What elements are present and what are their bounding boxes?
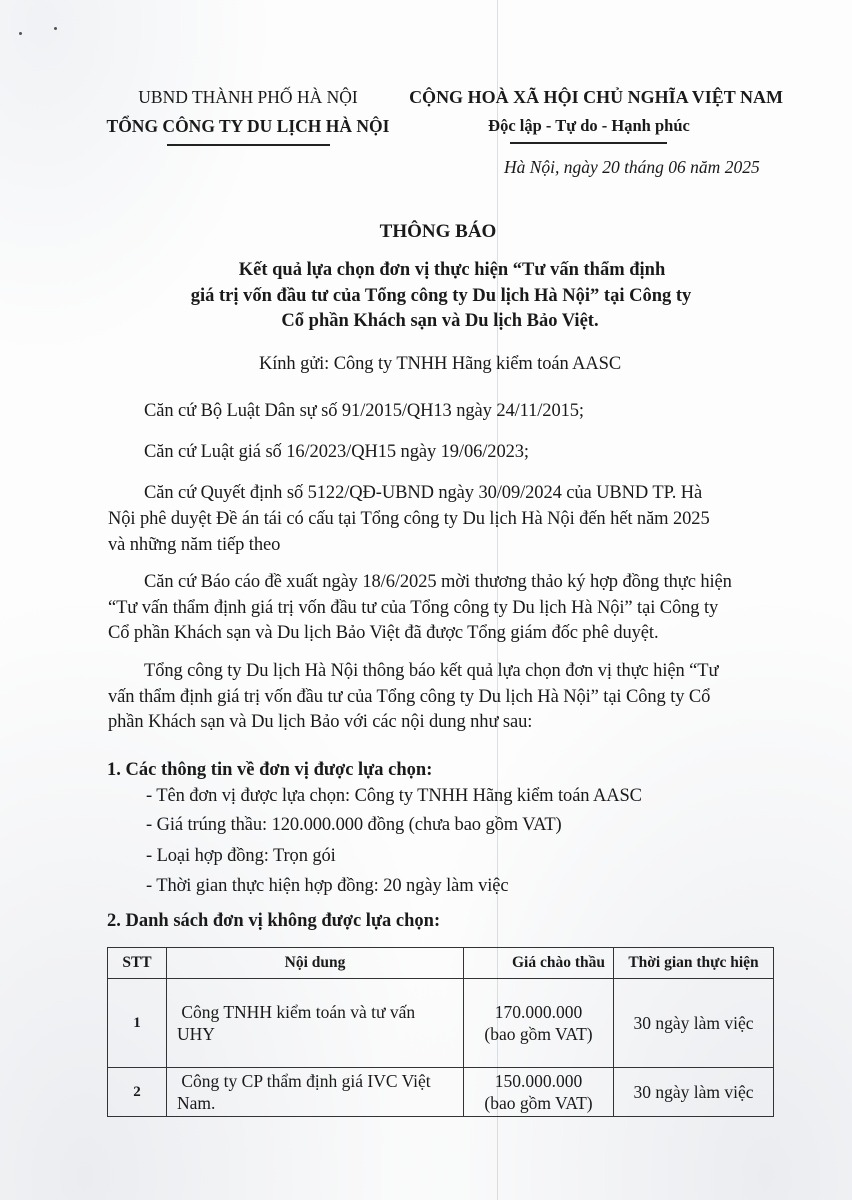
rejected-bidders-table: STT Nội dung Giá chào thầu Thời gian thự… — [107, 947, 774, 1117]
recipient: Kính gửi: Công ty TNHH Hãng kiểm toán AA… — [259, 354, 621, 375]
place-date: Hà Nội, ngày 20 tháng 06 năm 2025 — [504, 157, 760, 178]
bid-price-amount: 150.000.000 — [468, 1070, 609, 1092]
table-row: 1 Công TNHH kiểm toán và tư vấn UHY 170.… — [108, 979, 774, 1068]
announcement-line: vấn thẩm định giá trị vốn đầu tư của Tổn… — [108, 687, 710, 708]
row-duration: 30 ngày làm việc — [614, 1068, 774, 1117]
selected-unit-item: - Loại hợp đồng: Trọn gói — [146, 846, 336, 867]
column-header-price: Giá chào thầu — [464, 948, 614, 979]
table-header-row: STT Nội dung Giá chào thầu Thời gian thự… — [108, 948, 774, 979]
subject-line: Kết quả lựa chọn đơn vị thực hiện “Tư vấ… — [239, 260, 666, 281]
legal-basis-line: Nội phê duyệt Đề án tái có cấu tại Tổng … — [108, 509, 710, 530]
scan-speck — [19, 32, 22, 35]
bid-price-note: (bao gồm VAT) — [468, 1023, 609, 1045]
selected-unit-item: - Giá trúng thầu: 120.000.000 đồng (chưa… — [146, 815, 562, 836]
row-bidder-name: Công ty CP thẩm định giá IVC Việt Nam. — [167, 1068, 464, 1117]
document-type: THÔNG BÁO — [380, 221, 497, 243]
row-stt: 2 — [108, 1068, 167, 1117]
bidder-name-line: Công TNHH kiểm toán và tư vấn — [177, 1001, 459, 1023]
issuing-authority: UBND THÀNH PHỐ HÀ NỘI — [138, 87, 357, 108]
national-motto: Độc lập - Tự do - Hạnh phúc — [488, 116, 690, 136]
bidder-name-line: Nam. — [177, 1092, 459, 1114]
national-title: CỘNG HOÀ XÃ HỘI CHỦ NGHĨA VIỆT NAM — [409, 87, 783, 108]
selected-unit-item: - Tên đơn vị được lựa chọn: Công ty TNHH… — [146, 786, 642, 807]
legal-basis-line: và những năm tiếp theo — [108, 535, 280, 556]
bid-price-amount: 170.000.000 — [468, 1001, 609, 1023]
column-header-stt: STT — [108, 948, 167, 979]
table-row: 2 Công ty CP thẩm định giá IVC Việt Nam.… — [108, 1068, 774, 1117]
organization-underline — [167, 144, 330, 146]
row-bidder-name: Công TNHH kiểm toán và tư vấn UHY — [167, 979, 464, 1068]
row-duration: 30 ngày làm việc — [614, 979, 774, 1068]
bid-price-note: (bao gồm VAT) — [468, 1092, 609, 1114]
scan-speck — [54, 27, 57, 30]
bidder-name-line: Công ty CP thẩm định giá IVC Việt — [177, 1070, 459, 1092]
announcement-line: Tổng công ty Du lịch Hà Nội thông báo kế… — [144, 661, 718, 682]
column-header-content: Nội dung — [167, 948, 464, 979]
announcement-line: phần Khách sạn và Du lịch Bảo với các nộ… — [108, 712, 532, 733]
bidder-name-line: UHY — [177, 1023, 459, 1045]
subject-line: giá trị vốn đầu tư của Tổng công ty Du l… — [191, 286, 692, 307]
section1-heading: 1. Các thông tin về đơn vị được lựa chọn… — [107, 760, 432, 781]
issuing-organization: TỔNG CÔNG TY DU LỊCH HÀ NỘI — [107, 116, 390, 137]
section2-heading: 2. Danh sách đơn vị không được lựa chọn: — [107, 911, 440, 932]
row-stt: 1 — [108, 979, 167, 1068]
motto-underline — [510, 142, 667, 144]
legal-basis-line: “Tư vấn thẩm định giá trị vốn đầu tư của… — [108, 598, 718, 619]
selected-unit-item: - Thời gian thực hiện hợp đồng: 20 ngày … — [146, 876, 509, 897]
legal-basis-line: Căn cứ Luật giá số 16/2023/QH15 ngày 19/… — [144, 442, 529, 463]
column-header-duration: Thời gian thực hiện — [614, 948, 774, 979]
legal-basis-line: Căn cứ Bộ Luật Dân sự số 91/2015/QH13 ng… — [144, 401, 584, 422]
legal-basis-line: Căn cứ Quyết định số 5122/QĐ-UBND ngày 3… — [144, 483, 702, 504]
legal-basis-line: Cổ phần Khách sạn và Du lịch Bảo Việt đã… — [108, 623, 658, 644]
row-bid-price: 150.000.000 (bao gồm VAT) — [464, 1068, 614, 1117]
row-bid-price: 170.000.000 (bao gồm VAT) — [464, 979, 614, 1068]
subject-line: Cổ phần Khách sạn và Du lịch Bảo Việt. — [281, 311, 598, 332]
legal-basis-line: Căn cứ Báo cáo đề xuất ngày 18/6/2025 mờ… — [144, 572, 732, 593]
